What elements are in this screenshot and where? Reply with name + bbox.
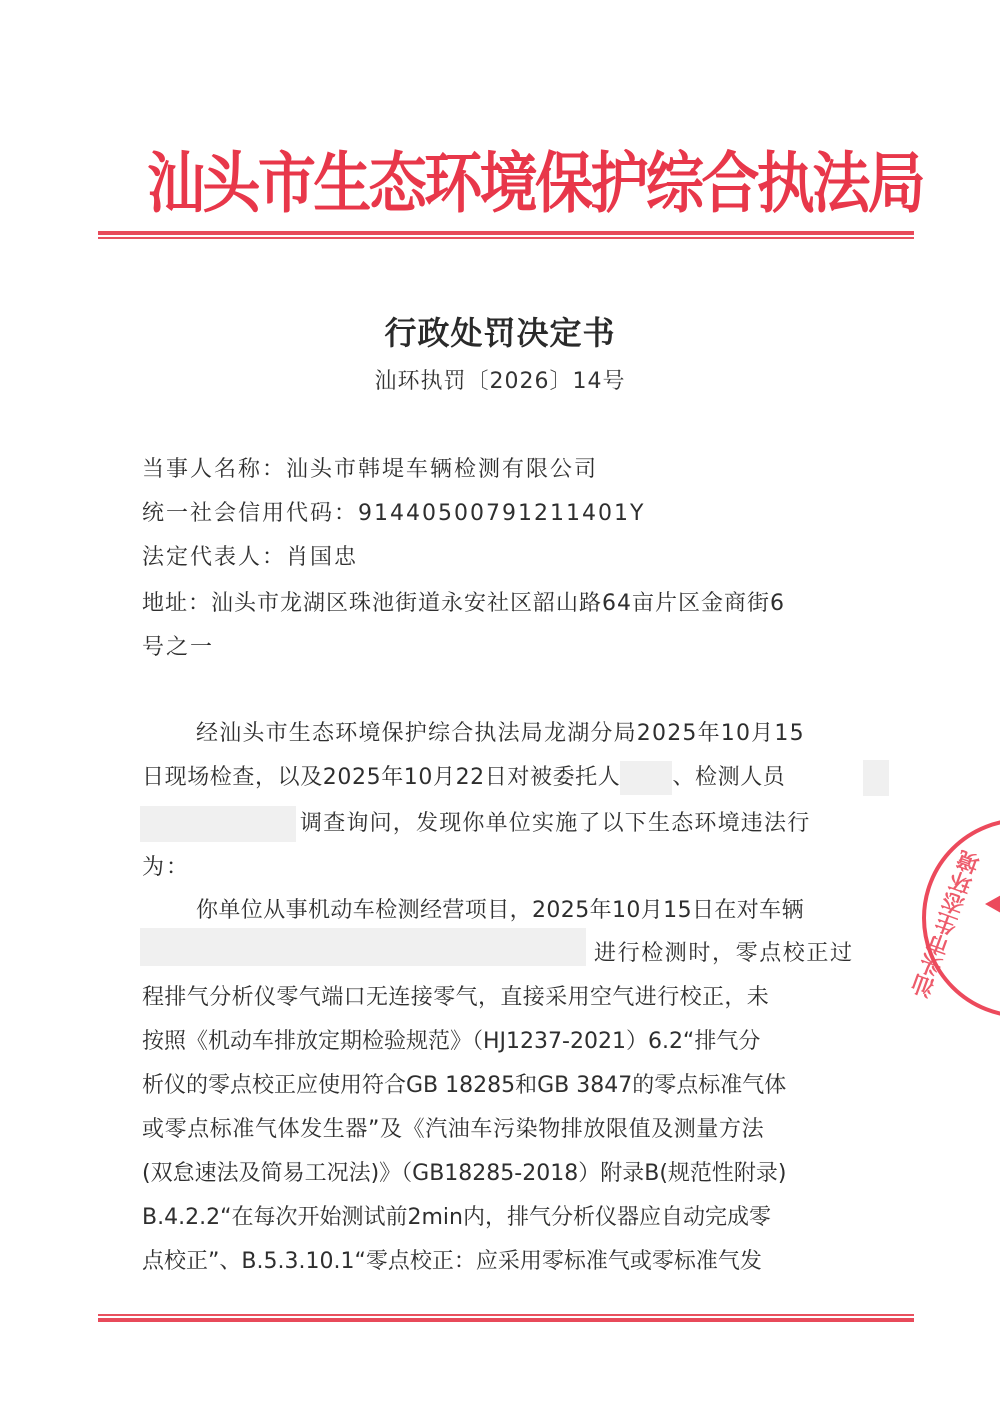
paragraph-2-line-1: 你单位从事机动车检测经营项目，2025年10月15日在对车辆 [196, 893, 804, 924]
redacted-agent-name [620, 761, 672, 795]
legal-representative: 法定代表人：肖国忠 [142, 540, 358, 571]
paragraph-1-line-4: 为： [142, 850, 190, 881]
paragraph-2-line-5: 析仪的零点校正应使用符合GB 18285和GB 3847的零点标准气体 [142, 1068, 786, 1099]
credit-code: 统一社会信用代码：91440500791211401Y [142, 496, 645, 527]
paragraph-2-line-7: (双怠速法及简易工况法)》（GB18285-2018）附录B(规范性附录) [142, 1156, 786, 1187]
paragraph-1-line-3: 调查询问，发现你单位实施了以下生态环境违法行 [300, 806, 810, 837]
party-name: 当事人名称：汕头市韩堤车辆检测有限公司 [142, 452, 598, 483]
document-page: 汕头市生态环境保护综合执法局 行政处罚决定书 汕环执罚〔2026〕14号 当事人… [0, 0, 1000, 1414]
paragraph-1-line-1: 经汕头市生态环境保护综合执法局龙湖分局2025年10月15 [196, 716, 805, 747]
paragraph-2-line-6: 或零点标准气体发生器”及《汽油车污染物排放限值及测量方法 [142, 1112, 764, 1143]
address-line-1: 地址：汕头市龙湖区珠池街道永安社区韶山路64亩片区金商街6 [142, 586, 785, 617]
paragraph-2-line-2: 进行检测时，零点校正过 [594, 936, 854, 967]
redacted-inspector-name [140, 806, 296, 842]
paragraph-1-line-2-end: 、检测人员 [672, 765, 785, 790]
paragraph-1-line-2-start: 日现场检查，以及2025年10月22日对被委托人 [142, 765, 620, 790]
footer-red-rule [98, 1314, 914, 1322]
paragraph-2-line-9: 点校正”、B.5.3.10.1“零点校正：应采用零标准气或零标准气发 [142, 1244, 762, 1275]
paragraph-2-line-3: 程排气分析仪零气端口无连接零气，直接采用空气进行校正，未 [142, 980, 769, 1011]
redacted-inspector-name-part [863, 760, 889, 796]
paragraph-2-line-8: B.4.2.2“在每次开始测试前2min内，排气分析仪器应自动完成零 [142, 1200, 771, 1231]
paragraph-1-line-2: 日现场检查，以及2025年10月22日对被委托人、检测人员 [142, 760, 785, 795]
agency-letterhead: 汕头市生态环境保护综合执法局 [147, 138, 865, 228]
redacted-vehicle-info [140, 928, 586, 966]
address-line-2: 号之一 [142, 630, 214, 661]
letterhead-red-rule [98, 231, 914, 239]
document-title: 行政处罚决定书 [0, 308, 1000, 354]
document-number: 汕环执罚〔2026〕14号 [0, 364, 1000, 395]
paragraph-2-line-4: 按照《机动车排放定期检验规范》（HJ1237-2021）6.2“排气分 [142, 1024, 760, 1055]
seal-star-icon [985, 895, 1000, 913]
